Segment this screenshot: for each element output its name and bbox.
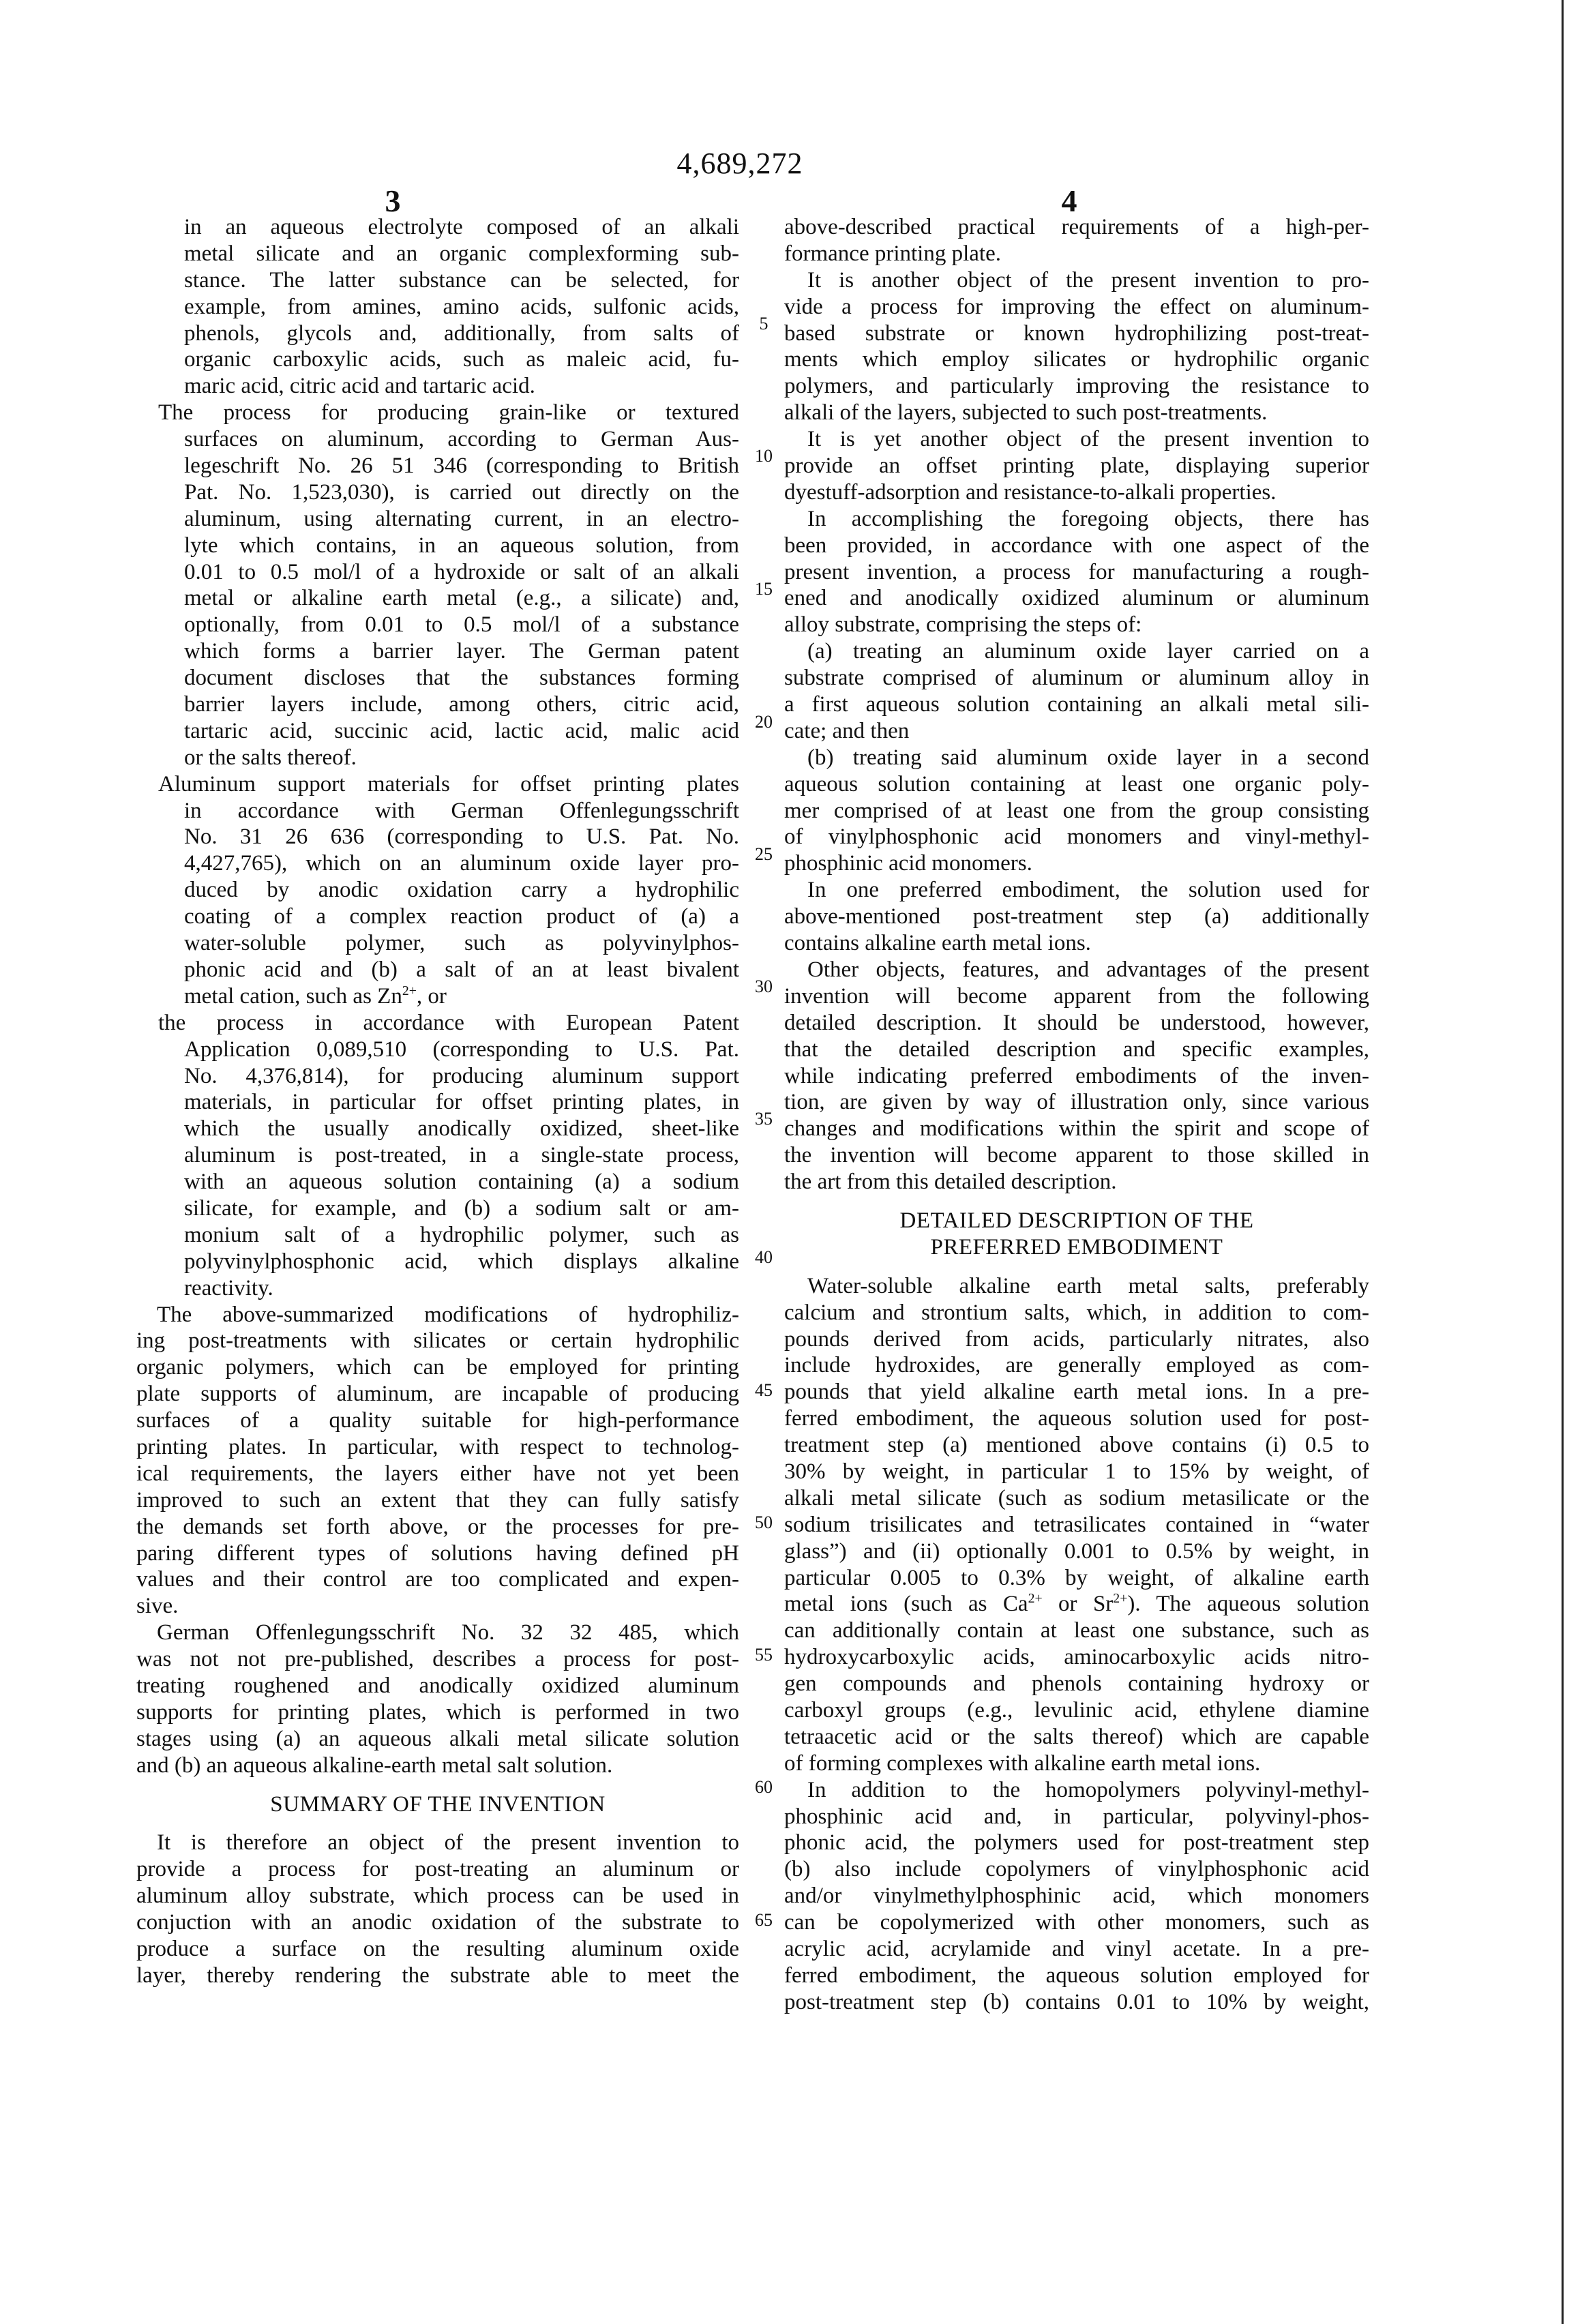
text-line: values and their control are too complic… — [136, 1566, 739, 1593]
text-line: metal cation, such as Zn2+, or — [158, 983, 739, 1010]
scan-edge-line — [1562, 0, 1564, 2324]
section-heading: DETAILED DESCRIPTION OF THE — [784, 1208, 1369, 1234]
text-line: that the detailed description and specif… — [784, 1037, 1369, 1063]
text-line: dyestuff-adsorption and resistance-to-al… — [784, 479, 1369, 506]
text-line: ferred embodiment, the aqueous solution … — [784, 1963, 1369, 1989]
text-line: produce a surface on the resulting alumi… — [136, 1936, 739, 1963]
text-line: (b) treating said aluminum oxide layer i… — [784, 745, 1369, 771]
text-line: alkali metal silicate (such as sodium me… — [784, 1485, 1369, 1512]
text-line: metal silicate and an organic complexfor… — [158, 241, 739, 267]
text-line: in an aqueous electrolyte composed of an… — [158, 214, 739, 241]
text-line: while indicating preferred embodiments o… — [784, 1063, 1369, 1090]
text-line: The process for producing grain-like or … — [158, 400, 739, 426]
text-line: 4,427,765), which on an aluminum oxide l… — [158, 850, 739, 877]
line-number: 55 — [749, 1642, 779, 1669]
text-line: post-treatment step (b) contains 0.01 to… — [784, 1989, 1369, 2016]
line-number: 40 — [749, 1245, 779, 1271]
line-number: 50 — [749, 1510, 779, 1536]
text-line: No. 31 26 636 (corresponding to U.S. Pat… — [158, 824, 739, 850]
text-line: which forms a barrier layer. The German … — [158, 638, 739, 665]
section-heading: PREFERRED EMBODIMENT — [784, 1234, 1369, 1261]
text-line: monium salt of a hydrophilic polymer, su… — [158, 1222, 739, 1249]
text-line: phonic acid and (b) a salt of an at leas… — [158, 957, 739, 983]
text-line: In one preferred embodiment, the solutio… — [784, 877, 1369, 904]
text-line: supports for printing plates, which is p… — [136, 1699, 739, 1726]
text-line: of vinylphosphonic acid monomers and vin… — [784, 824, 1369, 850]
text-line: tion, are given by way of illustration o… — [784, 1089, 1369, 1116]
text-line: or the salts thereof. — [158, 745, 739, 771]
text-line: alloy substrate, comprising the steps of… — [784, 612, 1369, 638]
text-line: Other objects, features, and advantages … — [784, 957, 1369, 983]
text-line: (a) treating an aluminum oxide layer car… — [784, 638, 1369, 665]
text-line: 30% by weight, in particular 1 to 15% by… — [784, 1459, 1369, 1485]
text-line: ferred embodiment, the aqueous solution … — [784, 1405, 1369, 1432]
spacer — [158, 1817, 739, 1830]
left-text-column: in an aqueous electrolyte composed of an… — [158, 214, 739, 1989]
text-line: It is another object of the present inve… — [784, 267, 1369, 294]
text-line: reactivity. — [158, 1275, 739, 1302]
text-line: silicate, for example, and (b) a sodium … — [158, 1195, 739, 1222]
text-line: 0.01 to 0.5 mol/l of a hydroxide or salt… — [158, 559, 739, 586]
text-line: treating roughened and anodically oxidiz… — [136, 1673, 739, 1699]
line-number: 20 — [749, 709, 779, 736]
text-line: water-soluble polymer, such as polyvinyl… — [158, 930, 739, 957]
text-line: sive. — [136, 1593, 739, 1620]
text-line: the demands set forth above, or the proc… — [136, 1514, 739, 1540]
text-line: polymers, and particularly improving the… — [784, 373, 1369, 400]
text-line: It is yet another object of the present … — [784, 426, 1369, 453]
text-line: can be copolymerized with other monomers… — [784, 1909, 1369, 1936]
text-line: and/or vinylmethylphosphinic acid, which… — [784, 1883, 1369, 1909]
text-line: can additionally contain at least one su… — [784, 1618, 1369, 1644]
line-number: 45 — [749, 1377, 779, 1404]
text-line: detailed description. It should be under… — [784, 1010, 1369, 1037]
text-line: hydroxycarboxylic acids, aminocarboxylic… — [784, 1644, 1369, 1671]
text-line: a first aqueous solution containing an a… — [784, 691, 1369, 718]
text-line: Application 0,089,510 (corresponding to … — [158, 1037, 739, 1063]
text-line: include hydroxides, are generally employ… — [784, 1352, 1369, 1379]
text-line: vide a process for improving the effect … — [784, 294, 1369, 321]
text-line: maric acid, citric acid and tartaric aci… — [158, 373, 739, 400]
text-line: optionally, from 0.01 to 0.5 mol/l of a … — [158, 612, 739, 638]
text-line: contains alkaline earth metal ions. — [784, 930, 1369, 957]
text-line: In accomplishing the foregoing objects, … — [784, 506, 1369, 533]
text-line: Water-soluble alkaline earth metal salts… — [784, 1273, 1369, 1300]
text-line: surfaces of a quality suitable for high-… — [136, 1407, 739, 1434]
line-number: 35 — [749, 1106, 779, 1133]
text-line: substrate comprised of aluminum or alumi… — [784, 665, 1369, 691]
text-line: cate; and then — [784, 718, 1369, 745]
text-line: in accordance with German Offenlegungssc… — [158, 798, 739, 824]
text-line: treatment step (a) mentioned above conta… — [784, 1432, 1369, 1459]
text-line: phosphinic acid and, in particular, poly… — [784, 1804, 1369, 1830]
text-line: present invention, a process for manufac… — [784, 559, 1369, 586]
text-line: phenols, glycols and, additionally, from… — [158, 321, 739, 347]
text-line: printing plates. In particular, with res… — [136, 1434, 739, 1461]
text-line: which the usually anodically oxidized, s… — [158, 1116, 739, 1142]
line-number: 10 — [749, 443, 779, 470]
text-line: metal or alkaline earth metal (e.g., a s… — [158, 585, 739, 612]
text-line: lyte which contains, in an aqueous solut… — [158, 533, 739, 559]
text-line: Pat. No. 1,523,030), is carried out dire… — [158, 479, 739, 506]
text-line: coating of a complex reaction product of… — [158, 904, 739, 930]
text-line: with an aqueous solution containing (a) … — [158, 1169, 739, 1195]
text-line: ical requirements, the layers either hav… — [136, 1461, 739, 1487]
text-line: was not not pre-published, describes a p… — [136, 1646, 739, 1673]
right-text-column: above-described practical requirements o… — [784, 214, 1369, 2016]
text-line: barrier layers include, among others, ci… — [158, 691, 739, 718]
text-line: based substrate or known hydrophilizing … — [784, 321, 1369, 347]
patent-page: 4,689,272 3 4 in an aqueous electrolyte … — [0, 0, 1582, 2324]
text-line: polyvinylphosphonic acid, which displays… — [158, 1249, 739, 1275]
text-line: paring different types of solutions havi… — [136, 1540, 739, 1567]
text-line: example, from amines, amino acids, sulfo… — [158, 294, 739, 321]
text-line: In addition to the homopolymers polyviny… — [784, 1777, 1369, 1804]
text-line: sodium trisilicates and tetrasilicates c… — [784, 1512, 1369, 1538]
text-line: legeschrift No. 26 51 346 (corresponding… — [158, 453, 739, 479]
text-line: the invention will become apparent to th… — [784, 1142, 1369, 1169]
text-line: conjuction with an anodic oxidation of t… — [136, 1909, 739, 1936]
text-line: It is therefore an object of the present… — [136, 1830, 739, 1856]
text-line: invention will become apparent from the … — [784, 983, 1369, 1010]
text-line: above-described practical requirements o… — [784, 214, 1369, 241]
text-line: the art from this detailed description. — [784, 1169, 1369, 1195]
text-line: materials, in particular for offset prin… — [158, 1089, 739, 1116]
text-line: The above-summarized modifications of hy… — [136, 1302, 739, 1328]
text-line: aluminum is post-treated, in a single-st… — [158, 1142, 739, 1169]
text-line: ments which employ silicates or hydrophi… — [784, 346, 1369, 373]
spacer — [784, 1195, 1369, 1208]
text-line: tartaric acid, succinic acid, lactic aci… — [158, 718, 739, 745]
text-line: tetraacetic acid or the salts thereof) w… — [784, 1724, 1369, 1751]
line-number: 60 — [749, 1774, 779, 1801]
text-line: gen compounds and phenols containing hyd… — [784, 1671, 1369, 1697]
text-line: aqueous solution containing at least one… — [784, 771, 1369, 798]
text-line: provide a process for post-treating an a… — [136, 1856, 739, 1883]
text-line: duced by anodic oxidation carry a hydrop… — [158, 877, 739, 904]
text-line: surfaces on aluminum, according to Germa… — [158, 426, 739, 453]
text-line: the process in accordance with European … — [158, 1010, 739, 1037]
line-number: 5 — [749, 311, 779, 338]
text-line: acrylic acid, acrylamide and vinyl aceta… — [784, 1936, 1369, 1963]
text-line: layer, thereby rendering the substrate a… — [136, 1963, 739, 1989]
text-line: Aluminum support materials for offset pr… — [158, 771, 739, 798]
text-line: changes and modifications within the spi… — [784, 1116, 1369, 1142]
text-line: pounds derived from acids, particularly … — [784, 1326, 1369, 1353]
text-line: phosphinic acid monomers. — [784, 850, 1369, 877]
text-line: ing post-treatments with silicates or ce… — [136, 1328, 739, 1354]
text-line: carboxyl groups (e.g., levulinic acid, e… — [784, 1697, 1369, 1724]
text-line: stance. The latter substance can be sele… — [158, 267, 739, 294]
line-number: 15 — [749, 576, 779, 603]
text-line: phonic acid, the polymers used for post-… — [784, 1830, 1369, 1856]
line-number: 30 — [749, 974, 779, 1000]
patent-number: 4,689,272 — [0, 146, 1480, 181]
text-line: glass”) and (ii) optionally 0.001 to 0.5… — [784, 1538, 1369, 1565]
text-line: No. 4,376,814), for producing aluminum s… — [158, 1063, 739, 1090]
line-number: 65 — [749, 1907, 779, 1934]
text-line: mer comprised of at least one from the g… — [784, 798, 1369, 824]
text-line: aluminum, using alternating current, in … — [158, 506, 739, 533]
text-line: calcium and strontium salts, which, in a… — [784, 1300, 1369, 1326]
text-line: improved to such an extent that they can… — [136, 1487, 739, 1514]
text-line: pounds that yield alkaline earth metal i… — [784, 1379, 1369, 1405]
text-line: German Offenlegungsschrift No. 32 32 485… — [136, 1620, 739, 1646]
text-line: particular 0.005 to 0.3% by weight, of a… — [784, 1565, 1369, 1592]
text-line: and (b) an aqueous alkaline-earth metal … — [136, 1753, 739, 1779]
text-line: formance printing plate. — [784, 241, 1369, 267]
text-line: (b) also include copolymers of vinylphos… — [784, 1856, 1369, 1883]
text-line: document discloses that the substances f… — [158, 665, 739, 691]
spacer — [784, 1261, 1369, 1273]
line-number: 25 — [749, 841, 779, 868]
text-line: of forming complexes with alkaline earth… — [784, 1751, 1369, 1777]
text-line: plate supports of aluminum, are incapabl… — [136, 1381, 739, 1407]
text-line: ened and anodically oxidized aluminum or… — [784, 585, 1369, 612]
text-line: stages using (a) an aqueous alkali metal… — [136, 1726, 739, 1753]
text-line: provide an offset printing plate, displa… — [784, 453, 1369, 479]
text-line: above-mentioned post-treatment step (a) … — [784, 904, 1369, 930]
spacer — [158, 1779, 739, 1791]
text-line: aluminum alloy substrate, which process … — [136, 1883, 739, 1909]
text-line: organic carboxylic acids, such as maleic… — [158, 346, 739, 373]
text-line: organic polymers, which can be employed … — [136, 1354, 739, 1381]
section-heading: SUMMARY OF THE INVENTION — [136, 1791, 739, 1818]
text-line: alkali of the layers, subjected to such … — [784, 400, 1369, 426]
text-line: metal ions (such as Ca2+ or Sr2+). The a… — [784, 1591, 1369, 1618]
text-line: been provided, in accordance with one as… — [784, 533, 1369, 559]
